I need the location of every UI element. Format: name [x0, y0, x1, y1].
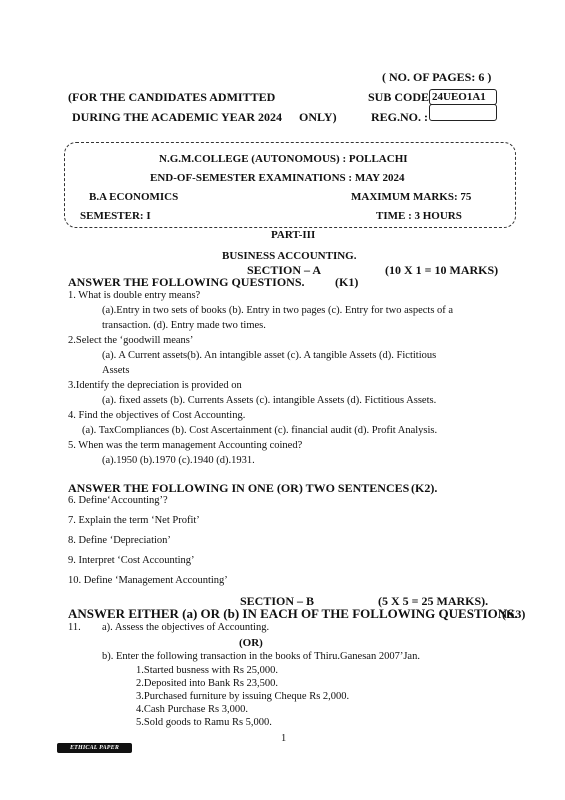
candidates-note-line2: DURING THE ACADEMIC YEAR 2024 [72, 110, 282, 125]
exam-title: END-OF-SEMESTER EXAMINATIONS : MAY 2024 [150, 172, 404, 184]
reg-no-label: REG.NO. : [371, 110, 428, 125]
question-8: 8. Define ‘Depreciation’ [68, 535, 171, 546]
question-3-options: (a). fixed assets (b). Currents Assets (… [102, 395, 436, 406]
programme: B.A ECONOMICS [89, 191, 178, 203]
transaction-5: 5.Sold goods to Ramu Rs 5,000. [136, 717, 272, 728]
max-marks: MAXIMUM MARKS: 75 [351, 191, 471, 203]
part-title: PART-III [271, 229, 315, 241]
transaction-3: 3.Purchased furniture by issuing Cheque … [136, 691, 349, 702]
question-11-a: a). Assess the objectives of Accounting. [102, 622, 269, 633]
section-a-instruction: ANSWER THE FOLLOWING QUESTIONS. [68, 275, 305, 290]
question-5-options: (a).1950 (b).1970 (c).1940 (d).1931. [102, 455, 255, 466]
question-1-options-line1: (a).Entry in two sets of books (b). Entr… [102, 305, 453, 316]
question-5: 5. When was the term management Accounti… [68, 440, 302, 451]
ethical-paper-badge: ETHICAL PAPER [57, 743, 132, 753]
question-4-options: (a). TaxCompliances (b). Cost Ascertainm… [82, 425, 437, 436]
candidates-note-only: ONLY) [299, 110, 337, 125]
num-pages: ( NO. OF PAGES: 6 ) [382, 70, 491, 85]
reg-no-field[interactable] [429, 104, 497, 121]
semester: SEMESTER: I [80, 210, 151, 222]
question-9: 9. Interpret ‘Cost Accounting’ [68, 555, 195, 566]
question-2-options-line1: (a). A Current assets(b). An intangible … [102, 350, 436, 361]
section-b-instruction: ANSWER EITHER (a) OR (b) IN EACH OF THE … [68, 606, 518, 622]
transaction-4: 4.Cash Purchase Rs 3,000. [136, 704, 248, 715]
page-number: 1 [281, 733, 286, 744]
sub-code-label: SUB CODE [368, 90, 429, 105]
question-6: 6. Define‘Accounting’? [68, 495, 168, 506]
college-name: N.G.M.COLLEGE (AUTONOMOUS) : POLLACHI [159, 153, 408, 165]
question-1: 1. What is double entry means? [68, 290, 200, 301]
question-11-number: 11. [68, 622, 81, 633]
question-7: 7. Explain the term ‘Net Profit’ [68, 515, 200, 526]
question-2-options-line2: Assets [102, 365, 129, 376]
section-b-level: (K3) [502, 607, 525, 622]
sub-code-value: 24UEO1A1 [432, 90, 486, 104]
question-11-b: b). Enter the following transaction in t… [102, 651, 420, 662]
section-a-level-2: (K2). [411, 481, 437, 496]
question-1-options-line2: transaction. (d). Entry made two times. [102, 320, 266, 331]
question-3: 3.Identify the depreciation is provided … [68, 380, 242, 391]
exam-time: TIME : 3 HOURS [376, 210, 462, 222]
section-a-marks: (10 X 1 = 10 MARKS) [385, 263, 498, 278]
question-10: 10. Define ‘Management Accounting’ [68, 575, 228, 586]
transaction-1: 1.Started busness with Rs 25,000. [136, 665, 278, 676]
question-4: 4. Find the objectives of Cost Accountin… [68, 410, 245, 421]
candidates-note-line1: (FOR THE CANDIDATES ADMITTED [68, 90, 275, 105]
sub-code-box: 24UEO1A1 [429, 89, 497, 105]
subject-title: BUSINESS ACCOUNTING. [222, 250, 356, 262]
question-11-or: (OR) [239, 637, 263, 649]
section-a-instruction-2: ANSWER THE FOLLOWING IN ONE (OR) TWO SEN… [68, 481, 409, 496]
section-a-level: (K1) [335, 275, 358, 290]
question-2: 2.Select the ‘goodwill means’ [68, 335, 193, 346]
transaction-2: 2.Deposited into Bank Rs 23,500. [136, 678, 278, 689]
